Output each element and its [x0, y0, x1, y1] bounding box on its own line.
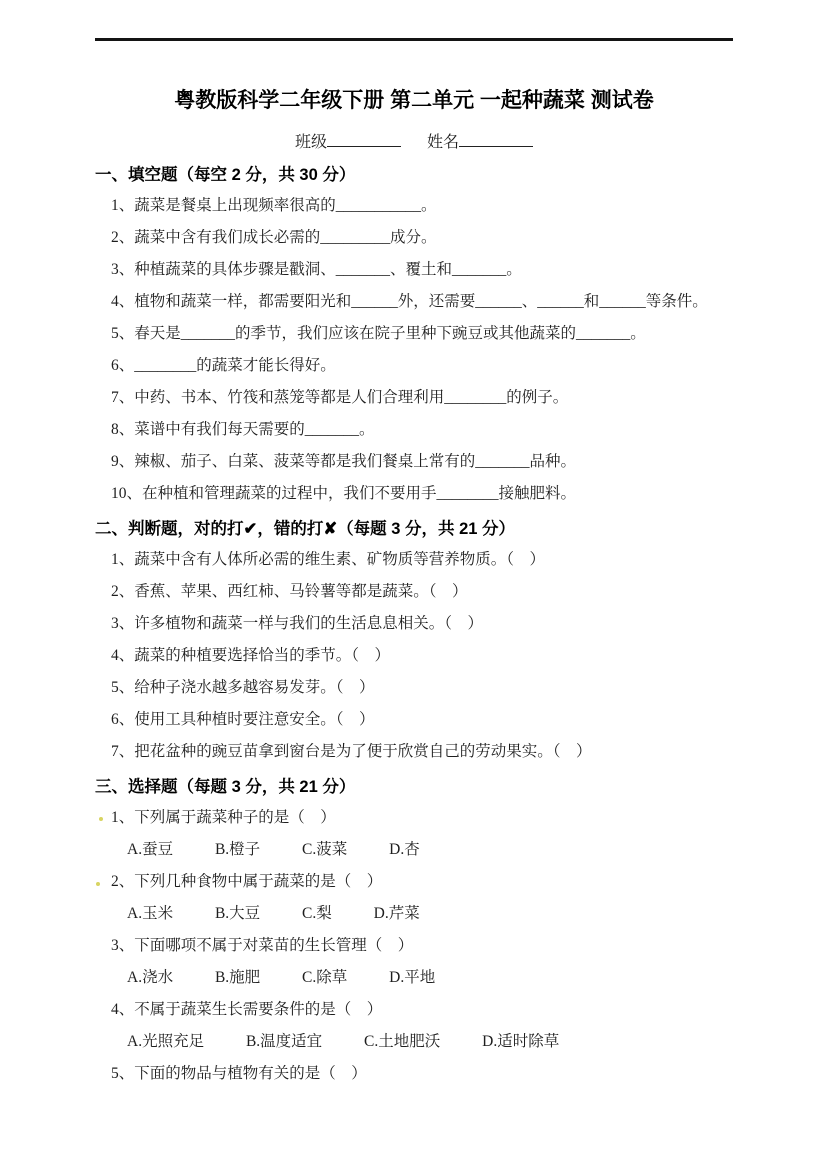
fill-question-9: 9、辣椒、茄子、白菜、菠菜等都是我们餐桌上常有的_______品种。	[95, 446, 775, 478]
judge-question-7: 7、把花盆种的豌豆苗拿到窗台是为了便于欣赏自己的劳动果实。（ ）	[95, 736, 775, 768]
choice-options-row-3: A.浇水 B.施肥 C.除草 D.平地	[95, 962, 775, 994]
section-judge-heading: 二、判断题，对的打✔，错的打✘（每题 3 分，共 21 分）	[95, 516, 775, 542]
choice-question-stem-4: 4、不属于蔬菜生长需要条件的是（ ）	[95, 994, 775, 1026]
fill-question-6: 6、________的蔬菜才能长得好。	[95, 350, 775, 382]
choice-option: B.施肥	[215, 962, 260, 994]
fill-question-8: 8、菜谱中有我们每天需要的_______。	[95, 414, 775, 446]
judge-question-1: 1、蔬菜中含有人体所必需的维生素、矿物质等营养物质。（ ）	[95, 544, 775, 576]
fill-question-10: 10、在种植和管理蔬菜的过程中，我们不要用手________接触肥料。	[95, 478, 775, 510]
judge-question-6: 6、使用工具种植时要注意安全。（ ）	[95, 704, 775, 736]
scan-speck	[99, 817, 103, 821]
class-blank-line	[327, 130, 401, 147]
choice-option: C.梨	[302, 898, 332, 930]
choice-option: A.蚕豆	[127, 834, 173, 866]
choice-option: D.芹菜	[374, 898, 420, 930]
choice-option: A.浇水	[127, 962, 173, 994]
choice-option: A.光照充足	[127, 1026, 204, 1058]
scan-speck	[96, 882, 100, 886]
choice-question-stem-1: 1、下列属于蔬菜种子的是（ ）	[95, 802, 775, 834]
student-info-row: 班级姓名	[95, 129, 733, 152]
test-paper-page: 粤教版科学二年级下册 第二单元 一起种蔬菜 测试卷 班级姓名 一、填空题（每空 …	[0, 0, 827, 1169]
choice-options-row-2: A.玉米 B.大豆 C.梨 D.芹菜	[95, 898, 775, 930]
paper-title: 粤教版科学二年级下册 第二单元 一起种蔬菜 测试卷	[75, 84, 753, 114]
choice-option: D.平地	[389, 962, 435, 994]
choice-option: D.杏	[389, 834, 420, 866]
fill-question-2: 2、蔬菜中含有我们成长必需的_________成分。	[95, 222, 775, 254]
header-rule	[95, 38, 733, 41]
choice-option: A.玉米	[127, 898, 173, 930]
choice-options-row-4: A.光照充足 B.温度适宜 C.土地肥沃 D.适时除草	[95, 1026, 775, 1058]
section-choice-heading: 三、选择题（每题 3 分，共 21 分）	[95, 774, 775, 800]
choice-option: B.温度适宜	[246, 1026, 322, 1058]
judge-question-4: 4、蔬菜的种植要选择恰当的季节。（ ）	[95, 640, 775, 672]
judge-question-2: 2、香蕉、苹果、西红柿、马铃薯等都是蔬菜。（ ）	[95, 576, 775, 608]
class-label: 班级	[295, 134, 327, 151]
name-blank-line	[459, 130, 533, 147]
fill-question-1: 1、蔬菜是餐桌上出现频率很高的___________。	[95, 190, 775, 222]
paper-body: 一、填空题（每空 2 分，共 30 分） 1、蔬菜是餐桌上出现频率很高的____…	[95, 156, 775, 1090]
fill-question-4: 4、植物和蔬菜一样，都需要阳光和______外，还需要______、______…	[95, 286, 775, 318]
choice-options-row-1: A.蚕豆 B.橙子 C.菠菜 D.杏	[95, 834, 775, 866]
judge-question-3: 3、许多植物和蔬菜一样与我们的生活息息相关。（ ）	[95, 608, 775, 640]
choice-question-stem-2: 2、下列几种食物中属于蔬菜的是（ ）	[95, 866, 775, 898]
choice-option: B.橙子	[215, 834, 260, 866]
choice-option: C.土地肥沃	[364, 1026, 440, 1058]
choice-option: C.菠菜	[302, 834, 347, 866]
choice-option: B.大豆	[215, 898, 260, 930]
choice-question-stem-5: 5、下面的物品与植物有关的是（ ）	[95, 1058, 775, 1090]
name-label: 姓名	[427, 134, 459, 151]
fill-question-5: 5、春天是_______的季节，我们应该在院子里种下豌豆或其他蔬菜的______…	[95, 318, 775, 350]
choice-option: C.除草	[302, 962, 347, 994]
fill-question-7: 7、中药、书本、竹筏和蒸笼等都是人们合理利用________的例子。	[95, 382, 775, 414]
choice-option: D.适时除草	[482, 1026, 559, 1058]
judge-question-5: 5、给种子浇水越多越容易发芽。（ ）	[95, 672, 775, 704]
choice-question-stem-3: 3、下面哪项不属于对菜苗的生长管理（ ）	[95, 930, 775, 962]
fill-question-3: 3、种植蔬菜的具体步骤是戳洞、_______、覆土和_______。	[95, 254, 775, 286]
section-fill-heading: 一、填空题（每空 2 分，共 30 分）	[95, 162, 775, 188]
